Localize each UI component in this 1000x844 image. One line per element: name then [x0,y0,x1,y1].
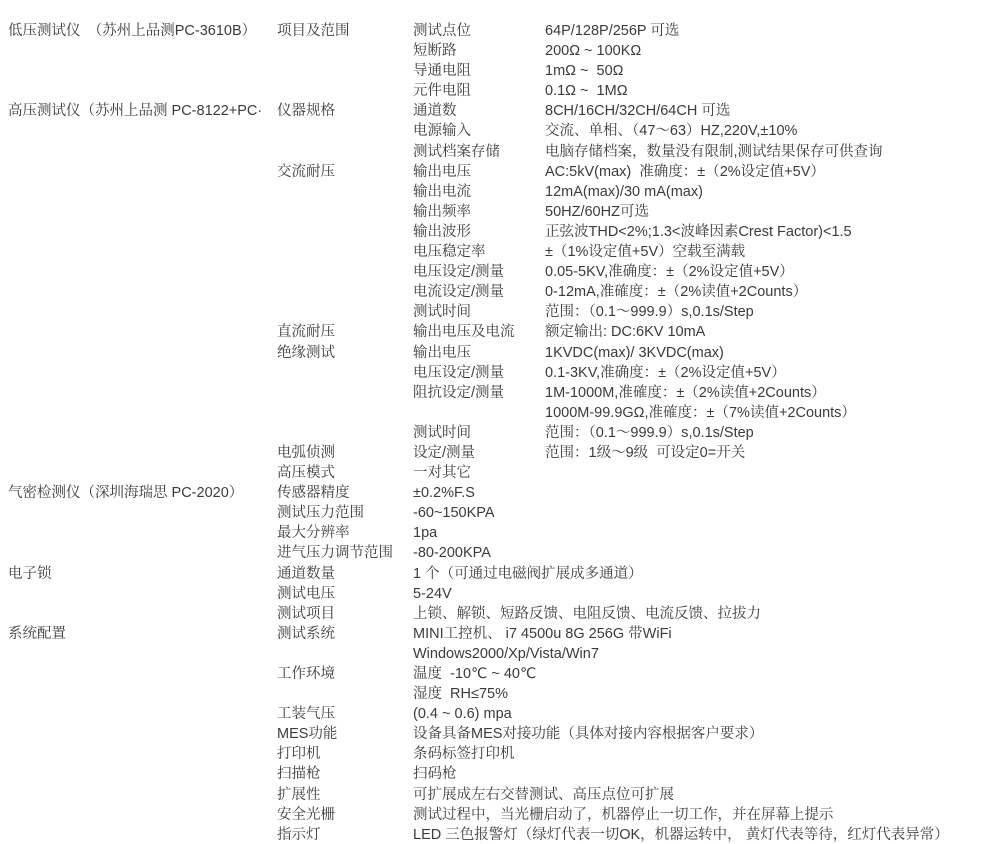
cell-parameter: 输出电压 [413,162,545,182]
cell-category: 测试项目 [277,604,413,624]
cell-value: 范围：（0.1～999.9）s,0.1s/Step [545,302,1000,322]
cell-value: 64P/128P/256P 可选 [545,21,1000,41]
cell-category: 指示灯 [277,825,413,844]
cell-parameter: 1pa [413,523,545,543]
table-row: 工作环境温度 -10℃ ~ 40℃ [0,664,1000,684]
table-row: 输出波形正弦波THD<2%;1.3<波峰因素Crest Factor)<1.5 [0,222,1000,242]
table-row: 电弧侦测设定/测量范围：1级～9级 可设定0=开关 [0,443,1000,463]
cell-parameter: 测试档案存储 [413,142,545,162]
cell-parameter: 输出电流 [413,182,545,202]
table-row: 打印机条码标签打印机 [0,744,1000,764]
cell-parameter: 测试时间 [413,302,545,322]
table-row: 最大分辨率1pa [0,523,1000,543]
table-row: 电源输入交流、单相、（47～63）HZ,220V,±10% [0,121,1000,141]
table-row: 测试时间范围：（0.1～999.9）s,0.1s/Step [0,423,1000,443]
cell-value: 额定输出: DC:6KV 10mA [545,322,1000,342]
cell-value: 0.1-3KV,准确度：±（2%设定值+5V） [545,363,1000,383]
table-row: 导通电阻1mΩ ~ 50Ω [0,61,1000,81]
cell-parameter: ±0.2%F.S [413,483,545,503]
cell-category: 项目及范围 [277,21,413,41]
cell-parameter: 元件电阻 [413,81,545,101]
table-row: 电流设定/测量0-12mA,准確度：±（2%读值+2Counts） [0,282,1000,302]
cell-category: 通道数量 [277,564,413,584]
cell-parameter: 设备具备MES对接功能（具体对接内容根据客户要求） [413,724,545,744]
cell-parameter: 阻抗设定/测量 [413,383,545,403]
cell-parameter: 湿度 RH≤75% [413,684,545,704]
cell-value: 0.1Ω ~ 1MΩ [545,81,1000,101]
table-row: 指示灯LED 三色报警灯（绿灯代表一切OK，机器运转中， 黄灯代表等待，红灯代表… [0,825,1000,844]
table-row: 元件电阻0.1Ω ~ 1MΩ [0,81,1000,101]
cell-category: 扩展性 [277,785,413,805]
table-row: 工装气压(0.4 ~ 0.6) mpa [0,704,1000,724]
cell-parameter: 1 个（可通过电磁阀扩展成多通道） [413,564,545,584]
cell-parameter: 电压设定/测量 [413,262,545,282]
cell-parameter: 温度 -10℃ ~ 40℃ [413,664,545,684]
cell-parameter: 电源输入 [413,121,545,141]
table-row: 湿度 RH≤75% [0,684,1000,704]
table-row: 测试项目上锁、解锁、短路反馈、电阻反馈、电流反馈、拉拔力 [0,604,1000,624]
cell-equipment: 高压测试仪（苏州上品测 PC-8122+PC· [8,101,277,121]
table-row: 高压模式一对其它 [0,463,1000,483]
table-row: MES功能设备具备MES对接功能（具体对接内容根据客户要求） [0,724,1000,744]
table-row: 电子锁通道数量1 个（可通过电磁阀扩展成多通道） [0,564,1000,584]
table-row: 阻抗设定/测量1M-1000M,准確度：±（2%读值+2Counts） [0,383,1000,403]
table-row: 扩展性可扩展成左右交替测试、高压点位可扩展 [0,785,1000,805]
cell-value: 正弦波THD<2%;1.3<波峰因素Crest Factor)<1.5 [545,222,1000,242]
cell-parameter: 输出电压 [413,343,545,363]
table-row: 测试时间范围：（0.1～999.9）s,0.1s/Step [0,302,1000,322]
cell-parameter: 短断路 [413,41,545,61]
table-row: 安全光栅测试过程中，当光栅启动了，机器停止一切工作，并在屏幕上提示 [0,805,1000,825]
cell-category: 绝缘测试 [277,343,413,363]
table-row: 1000M-99.9GΩ,准確度：±（7%读值+2Counts） [0,403,1000,423]
cell-parameter: 扫码枪 [413,764,545,784]
cell-category: 测试压力范围 [277,503,413,523]
cell-parameter: 电压设定/测量 [413,363,545,383]
cell-parameter: 输出频率 [413,202,545,222]
cell-parameter: MINI工控机、 i7 4500u 8G 256G 带WiFi [413,624,545,644]
cell-equipment: 气密检测仪（深圳海瑞思 PC-2020） [8,483,277,503]
cell-value: 200Ω ~ 100KΩ [545,41,1000,61]
cell-category: 测试系统 [277,624,413,644]
cell-value: 1mΩ ~ 50Ω [545,61,1000,81]
cell-value: 范围：1级～9级 可设定0=开关 [545,443,1000,463]
cell-parameter: 通道数 [413,101,545,121]
cell-parameter: LED 三色报警灯（绿灯代表一切OK，机器运转中， 黄灯代表等待，红灯代表异常） [413,825,545,844]
cell-value: 8CH/16CH/32CH/64CH 可选 [545,101,1000,121]
cell-value: 0-12mA,准確度：±（2%读值+2Counts） [545,282,1000,302]
cell-parameter: 5-24V [413,584,545,604]
cell-value: 1000M-99.9GΩ,准確度：±（7%读值+2Counts） [545,403,1000,423]
cell-category: 传感器精度 [277,483,413,503]
table-row: 测试电压5-24V [0,584,1000,604]
cell-equipment: 电子锁 [8,564,277,584]
cell-category: 电弧侦测 [277,443,413,463]
cell-category: 打印机 [277,744,413,764]
cell-parameter: 上锁、解锁、短路反馈、电阻反馈、电流反馈、拉拔力 [413,604,545,624]
cell-parameter: 设定/测量 [413,443,545,463]
cell-value: 0.05-5KV,准确度：±（2%设定值+5V） [545,262,1000,282]
cell-parameter: 电流设定/测量 [413,282,545,302]
cell-parameter: 测试时间 [413,423,545,443]
cell-category: 交流耐压 [277,162,413,182]
table-row: 交流耐压输出电压AC:5kV(max) 准确度：±（2%设定值+5V） [0,162,1000,182]
cell-parameter: 输出波形 [413,222,545,242]
table-row: 气密检测仪（深圳海瑞思 PC-2020）传感器精度±0.2%F.S [0,483,1000,503]
cell-parameter: 导通电阻 [413,61,545,81]
table-row: 短断路200Ω ~ 100KΩ [0,41,1000,61]
cell-value: 范围：（0.1～999.9）s,0.1s/Step [545,423,1000,443]
cell-category: 扫描枪 [277,764,413,784]
cell-category: 高压模式 [277,463,413,483]
table-row: Windows2000/Xp/Vista/Win7 [0,644,1000,664]
cell-parameter: 一对其它 [413,463,545,483]
cell-value: ±（1%设定值+5V）空载至满载 [545,242,1000,262]
cell-value: 12mA(max)/30 mA(max) [545,182,1000,202]
cell-category: 安全光栅 [277,805,413,825]
cell-parameter: 可扩展成左右交替测试、高压点位可扩展 [413,785,545,805]
table-row: 测试压力范围-60~150KPA [0,503,1000,523]
table-row: 测试档案存储电脑存储档案，数量没有限制,测试结果保存可供查询 [0,142,1000,162]
table-row: 输出频率50HZ/60HZ可选 [0,202,1000,222]
cell-value: AC:5kV(max) 准确度：±（2%设定值+5V） [545,162,1000,182]
spec-sheet: 低压测试仪 （苏州上品测PC-3610B）项目及范围测试点位64P/128P/2… [0,0,1000,844]
cell-value: 1M-1000M,准確度：±（2%读值+2Counts） [545,383,1000,403]
cell-category: 进气压力调节范围 [277,543,413,563]
table-row: 绝缘测试输出电压1KVDC(max)/ 3KVDC(max) [0,343,1000,363]
table-row: 电压设定/测量0.05-5KV,准确度：±（2%设定值+5V） [0,262,1000,282]
cell-category: 仪器规格 [277,101,413,121]
cell-parameter: Windows2000/Xp/Vista/Win7 [413,644,545,664]
cell-equipment: 低压测试仪 （苏州上品测PC-3610B） [8,21,277,41]
table-row: 进气压力调节范围-80-200KPA [0,543,1000,563]
table-row: 扫描枪扫码枪 [0,764,1000,784]
cell-parameter: -80-200KPA [413,543,545,563]
cell-category: 工装气压 [277,704,413,724]
cell-parameter: (0.4 ~ 0.6) mpa [413,704,545,724]
cell-value: 50HZ/60HZ可选 [545,202,1000,222]
table-row: 高压测试仪（苏州上品测 PC-8122+PC·仪器规格通道数8CH/16CH/3… [0,101,1000,121]
cell-equipment: 系统配置 [8,624,277,644]
cell-parameter: 测试点位 [413,21,545,41]
table-row: 直流耐压输出电压及电流额定输出: DC:6KV 10mA [0,322,1000,342]
cell-parameter: 测试过程中，当光栅启动了，机器停止一切工作，并在屏幕上提示 [413,805,545,825]
cell-parameter: 条码标签打印机 [413,744,545,764]
table-row: 低压测试仪 （苏州上品测PC-3610B）项目及范围测试点位64P/128P/2… [0,21,1000,41]
table-row: 电压设定/测量0.1-3KV,准确度：±（2%设定值+5V） [0,363,1000,383]
cell-category: 最大分辨率 [277,523,413,543]
cell-category: MES功能 [277,724,413,744]
cell-category: 测试电压 [277,584,413,604]
cell-value: 1KVDC(max)/ 3KVDC(max) [545,343,1000,363]
cell-value: 电脑存储档案，数量没有限制,测试结果保存可供查询 [545,142,1000,162]
cell-category: 直流耐压 [277,322,413,342]
cell-value: 交流、单相、（47～63）HZ,220V,±10% [545,121,1000,141]
cell-parameter: 电压稳定率 [413,242,545,262]
cell-parameter: 输出电压及电流 [413,322,545,342]
table-row: 输出电流12mA(max)/30 mA(max) [0,182,1000,202]
table-row: 电压稳定率±（1%设定值+5V）空载至满载 [0,242,1000,262]
cell-category: 工作环境 [277,664,413,684]
cell-parameter: -60~150KPA [413,503,545,523]
table-row: 系统配置测试系统MINI工控机、 i7 4500u 8G 256G 带WiFi [0,624,1000,644]
